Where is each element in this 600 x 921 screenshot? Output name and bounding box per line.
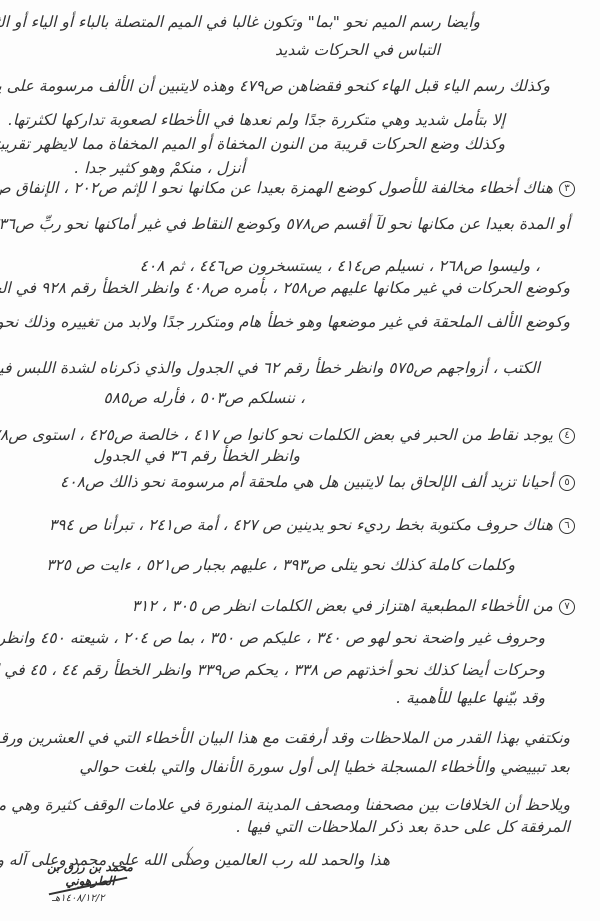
text-line: وأيضا رسم الميم نحو "بما" وتكون غالبا في…	[0, 12, 480, 32]
numbered-item-6: ٦هناك حروف مكتوبة بخط رديء نحو يدينين ص …	[49, 515, 575, 535]
text-line: ، ننسلكم ص٥٠٣ ، فأرله ص٥٨٥	[103, 388, 305, 408]
numbered-item-4: ٤يوجد نقاط من الحبر في بعض الكلمات نحو ك…	[0, 425, 575, 445]
item-number-marker: ٤	[559, 428, 575, 444]
item-text: أحيانا تزيد ألف الإلحاق بما لايتبين هل ه…	[60, 473, 553, 491]
text-line: وحروف غير واضحة نحو لهو ص ٣٤٠ ، عليكم ص …	[0, 628, 545, 648]
item-text: يوجد نقاط من الحبر في بعض الكلمات نحو كا…	[0, 426, 553, 444]
text-line: وكوضع الحركات في غير مكانها عليهم ص٢٥٨ ،…	[0, 278, 570, 298]
numbered-item-7: ٧من الأخطاء المطبعية اهتزاز في بعض الكلم…	[132, 596, 575, 616]
text-line: إلا بتأمل شديد وهي متكررة جدًا ولم نعدها…	[8, 110, 505, 130]
text-line: وانظر الخطأ رقم ٣٦ في الجدول	[93, 446, 300, 466]
item-number-marker: ٥	[559, 475, 575, 491]
text-line: التباس في الحركات شديد	[275, 40, 440, 60]
item-number-marker: ٧	[559, 599, 575, 615]
text-line: وقد بيّنها عليها للأهمية .	[396, 688, 545, 708]
text-line: وكذلك رسم الياء قبل الهاء كنحو فقضاهن ص٤…	[0, 76, 550, 96]
text-line: أنزل ، منكمْ وهو كثير جدا .	[74, 158, 245, 178]
closing-bracket-mark: 〈	[178, 842, 194, 865]
item-text: من الأخطاء المطبعية اهتزاز في بعض الكلما…	[132, 597, 553, 615]
item-text: هناك أخطاء مخالفة للأصول كوضع الهمزة بعي…	[0, 179, 553, 197]
text-line: وحركات أيضا كذلك نحو أخذتهم ص ٣٣٨ ، يحكم…	[0, 660, 545, 680]
text-line: وكوضع الألف الملحقة في غير موضعها وهو خط…	[0, 312, 570, 332]
text-line: ويلاحظ أن الخلافات بين مصحفنا ومصحف المد…	[0, 795, 570, 815]
scanned-page: وأيضا رسم الميم نحو "بما" وتكون غالبا في…	[0, 0, 600, 921]
item-number-marker: ٣	[559, 181, 575, 197]
numbered-item-3: ٣هناك أخطاء مخالفة للأصول كوضع الهمزة بع…	[0, 178, 575, 198]
text-line: بعد تبييضي والأخطاء المسجلة خطيا إلى أول…	[79, 757, 570, 777]
item-text: هناك حروف مكتوبة بخط رديء نحو يدينين ص ٤…	[49, 516, 553, 534]
signature-date: ١٤٠٨/١٢/٢هـ	[52, 893, 105, 904]
item-number-marker: ٦	[559, 518, 575, 534]
text-line: الكتب ، أزواجهم ص٥٧٥ وانظر خطأ رقم ٦٢ في…	[0, 358, 540, 378]
text-line: وكلمات كاملة كذلك نحو يتلى ص٣٩٣ ، عليهم …	[46, 555, 515, 575]
text-line: ونكتفي بهذا القدر من الملاحظات وقد أرفقت…	[0, 728, 570, 748]
text-line: أو المدة بعيدا عن مكانها نحو لآ أقسم ص٥٧…	[0, 214, 570, 234]
text-line: وكذلك وضع الحركات قريبة من النون المخفاة…	[0, 134, 505, 154]
text-line: المرفقة كل على حدة بعد ذكر الملاحظات الت…	[236, 817, 570, 837]
numbered-item-5: ٥أحيانا تزيد ألف الإلحاق بما لايتبين هل …	[60, 472, 575, 492]
text-line: ، وليسوا ص٢٦٨ ، نسيلم ص٤١٤ ، يستسخرون ص٤…	[140, 256, 540, 276]
